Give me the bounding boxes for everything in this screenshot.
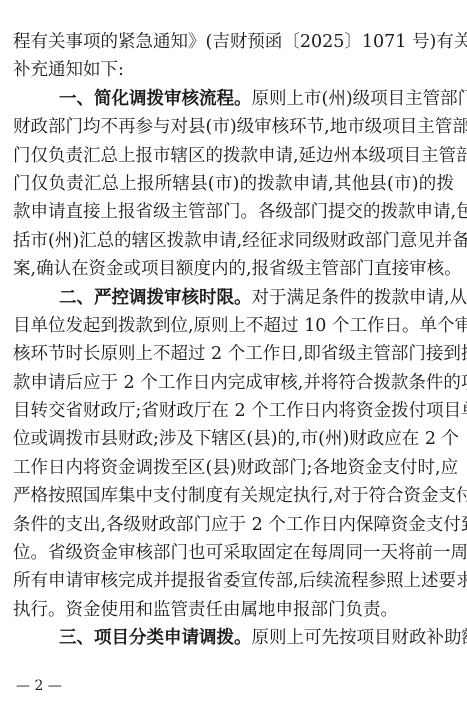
body-line: 门仅负责汇总上报市辖区的拨款申请,延边州本级项目主管部 bbox=[13, 142, 454, 170]
body-line: 目转交省财政厅;省财政厅在 2 个工作日内将资金拨付项目单 bbox=[13, 397, 454, 425]
line-text: 条件的支出,各级财政部门应于 2 个工作日内保障资金支付到 bbox=[13, 515, 467, 535]
line-text: 所有申请审核完成并提报省委宣传部,后续流程参照上述要求 bbox=[13, 571, 467, 591]
line-text: 括市(州)汇总的辖区拨款申请,经征求同级财政部门意见并备 bbox=[13, 231, 467, 251]
line-text: 原则上可先按项目财政补助额度 bbox=[252, 628, 467, 648]
section-heading-2: 二、严控调拨审核时限。 bbox=[59, 288, 252, 308]
body-line: 补充通知如下: bbox=[13, 56, 454, 84]
line-text: 核环节时长原则上不超过 2 个工作日,即省级主管部门接到拨 bbox=[13, 344, 467, 364]
section-heading-line-3: 三、项目分类申请调拨。原则上可先按项目财政补助额度 bbox=[13, 624, 454, 652]
body-line: 条件的支出,各级财政部门应于 2 个工作日内保障资金支付到 bbox=[13, 511, 454, 539]
line-text: 严格按照国库集中支付制度有关规定执行,对于符合资金支付 bbox=[13, 486, 467, 506]
line-text: 位。省级资金审核部门也可采取固定在每周同一天将前一周 bbox=[13, 543, 467, 563]
line-text: 程有关事项的紧急通知》(吉财预函〔2025〕1071 号)有关事项 bbox=[13, 32, 467, 52]
section-heading-3: 三、项目分类申请调拨。 bbox=[59, 628, 252, 648]
line-text: 对于满足条件的拨款申请,从项 bbox=[252, 288, 467, 308]
line-text: 执行。资金使用和监管责任由属地申报部门负责。 bbox=[13, 600, 398, 620]
body-line: 门仅负责汇总上报所辖县(市)的拨款申请,其他县(市)的拨 bbox=[13, 170, 454, 198]
section-heading-line-1: 一、简化调拨审核流程。原则上市(州)级项目主管部门和 bbox=[13, 85, 454, 113]
section-heading-1: 一、简化调拨审核流程。 bbox=[59, 89, 252, 109]
body-line: 财政部门均不再参与对县(市)级审核环节,地市级项目主管部 bbox=[13, 113, 454, 141]
section-heading-line-2: 二、严控调拨审核时限。对于满足条件的拨款申请,从项 bbox=[13, 284, 454, 312]
body-line: 程有关事项的紧急通知》(吉财预函〔2025〕1071 号)有关事项 bbox=[13, 28, 454, 56]
body-line: 款申请直接上报省级主管部门。各级部门提交的拨款申请,包 bbox=[13, 198, 454, 226]
line-text: 财政部门均不再参与对县(市)级审核环节,地市级项目主管部 bbox=[13, 117, 467, 137]
line-text: 位或调拨市县财政;涉及下辖区(县)的,市(州)财政应在 2 个 bbox=[13, 429, 459, 449]
line-text: 目转交省财政厅;省财政厅在 2 个工作日内将资金拨付项目单 bbox=[13, 401, 467, 421]
body-line: 所有申请审核完成并提报省委宣传部,后续流程参照上述要求 bbox=[13, 567, 454, 595]
body-line: 位。省级资金审核部门也可采取固定在每周同一天将前一周 bbox=[13, 539, 454, 567]
line-text: 门仅负责汇总上报所辖县(市)的拨款申请,其他县(市)的拨 bbox=[13, 174, 454, 194]
body-line: 位或调拨市县财政;涉及下辖区(县)的,市(州)财政应在 2 个 bbox=[13, 425, 454, 453]
line-text: 门仅负责汇总上报市辖区的拨款申请,延边州本级项目主管部 bbox=[13, 146, 467, 166]
page-number: — 2 — bbox=[16, 677, 62, 695]
body-line: 工作日内将资金调拨至区(县)财政部门;各地资金支付时,应 bbox=[13, 454, 454, 482]
line-text: 款申请后应于 2 个工作日内完成审核,并将符合拨款条件的项 bbox=[13, 373, 467, 393]
body-line: 目单位发起到拨款到位,原则上不超过 10 个工作日。单个审 bbox=[13, 312, 454, 340]
document-page: 程有关事项的紧急通知》(吉财预函〔2025〕1071 号)有关事项 补充通知如下… bbox=[13, 28, 454, 653]
body-line: 括市(州)汇总的辖区拨款申请,经征求同级财政部门意见并备 bbox=[13, 227, 454, 255]
line-text: 补充通知如下: bbox=[13, 60, 124, 80]
line-text: 工作日内将资金调拨至区(县)财政部门;各地资金支付时,应 bbox=[13, 458, 458, 478]
line-text: 目单位发起到拨款到位,原则上不超过 10 个工作日。单个审 bbox=[13, 316, 467, 336]
line-text: 案,确认在资金或项目额度内的,报省级主管部门直接审核。 bbox=[13, 259, 462, 279]
body-line: 款申请后应于 2 个工作日内完成审核,并将符合拨款条件的项 bbox=[13, 369, 454, 397]
body-line: 核环节时长原则上不超过 2 个工作日,即省级主管部门接到拨 bbox=[13, 340, 454, 368]
line-text: 原则上市(州)级项目主管部门和 bbox=[252, 89, 467, 109]
body-line: 严格按照国库集中支付制度有关规定执行,对于符合资金支付 bbox=[13, 482, 454, 510]
body-line: 案,确认在资金或项目额度内的,报省级主管部门直接审核。 bbox=[13, 255, 454, 283]
body-line: 执行。资金使用和监管责任由属地申报部门负责。 bbox=[13, 596, 454, 624]
line-text: 款申请直接上报省级主管部门。各级部门提交的拨款申请,包 bbox=[13, 202, 467, 222]
